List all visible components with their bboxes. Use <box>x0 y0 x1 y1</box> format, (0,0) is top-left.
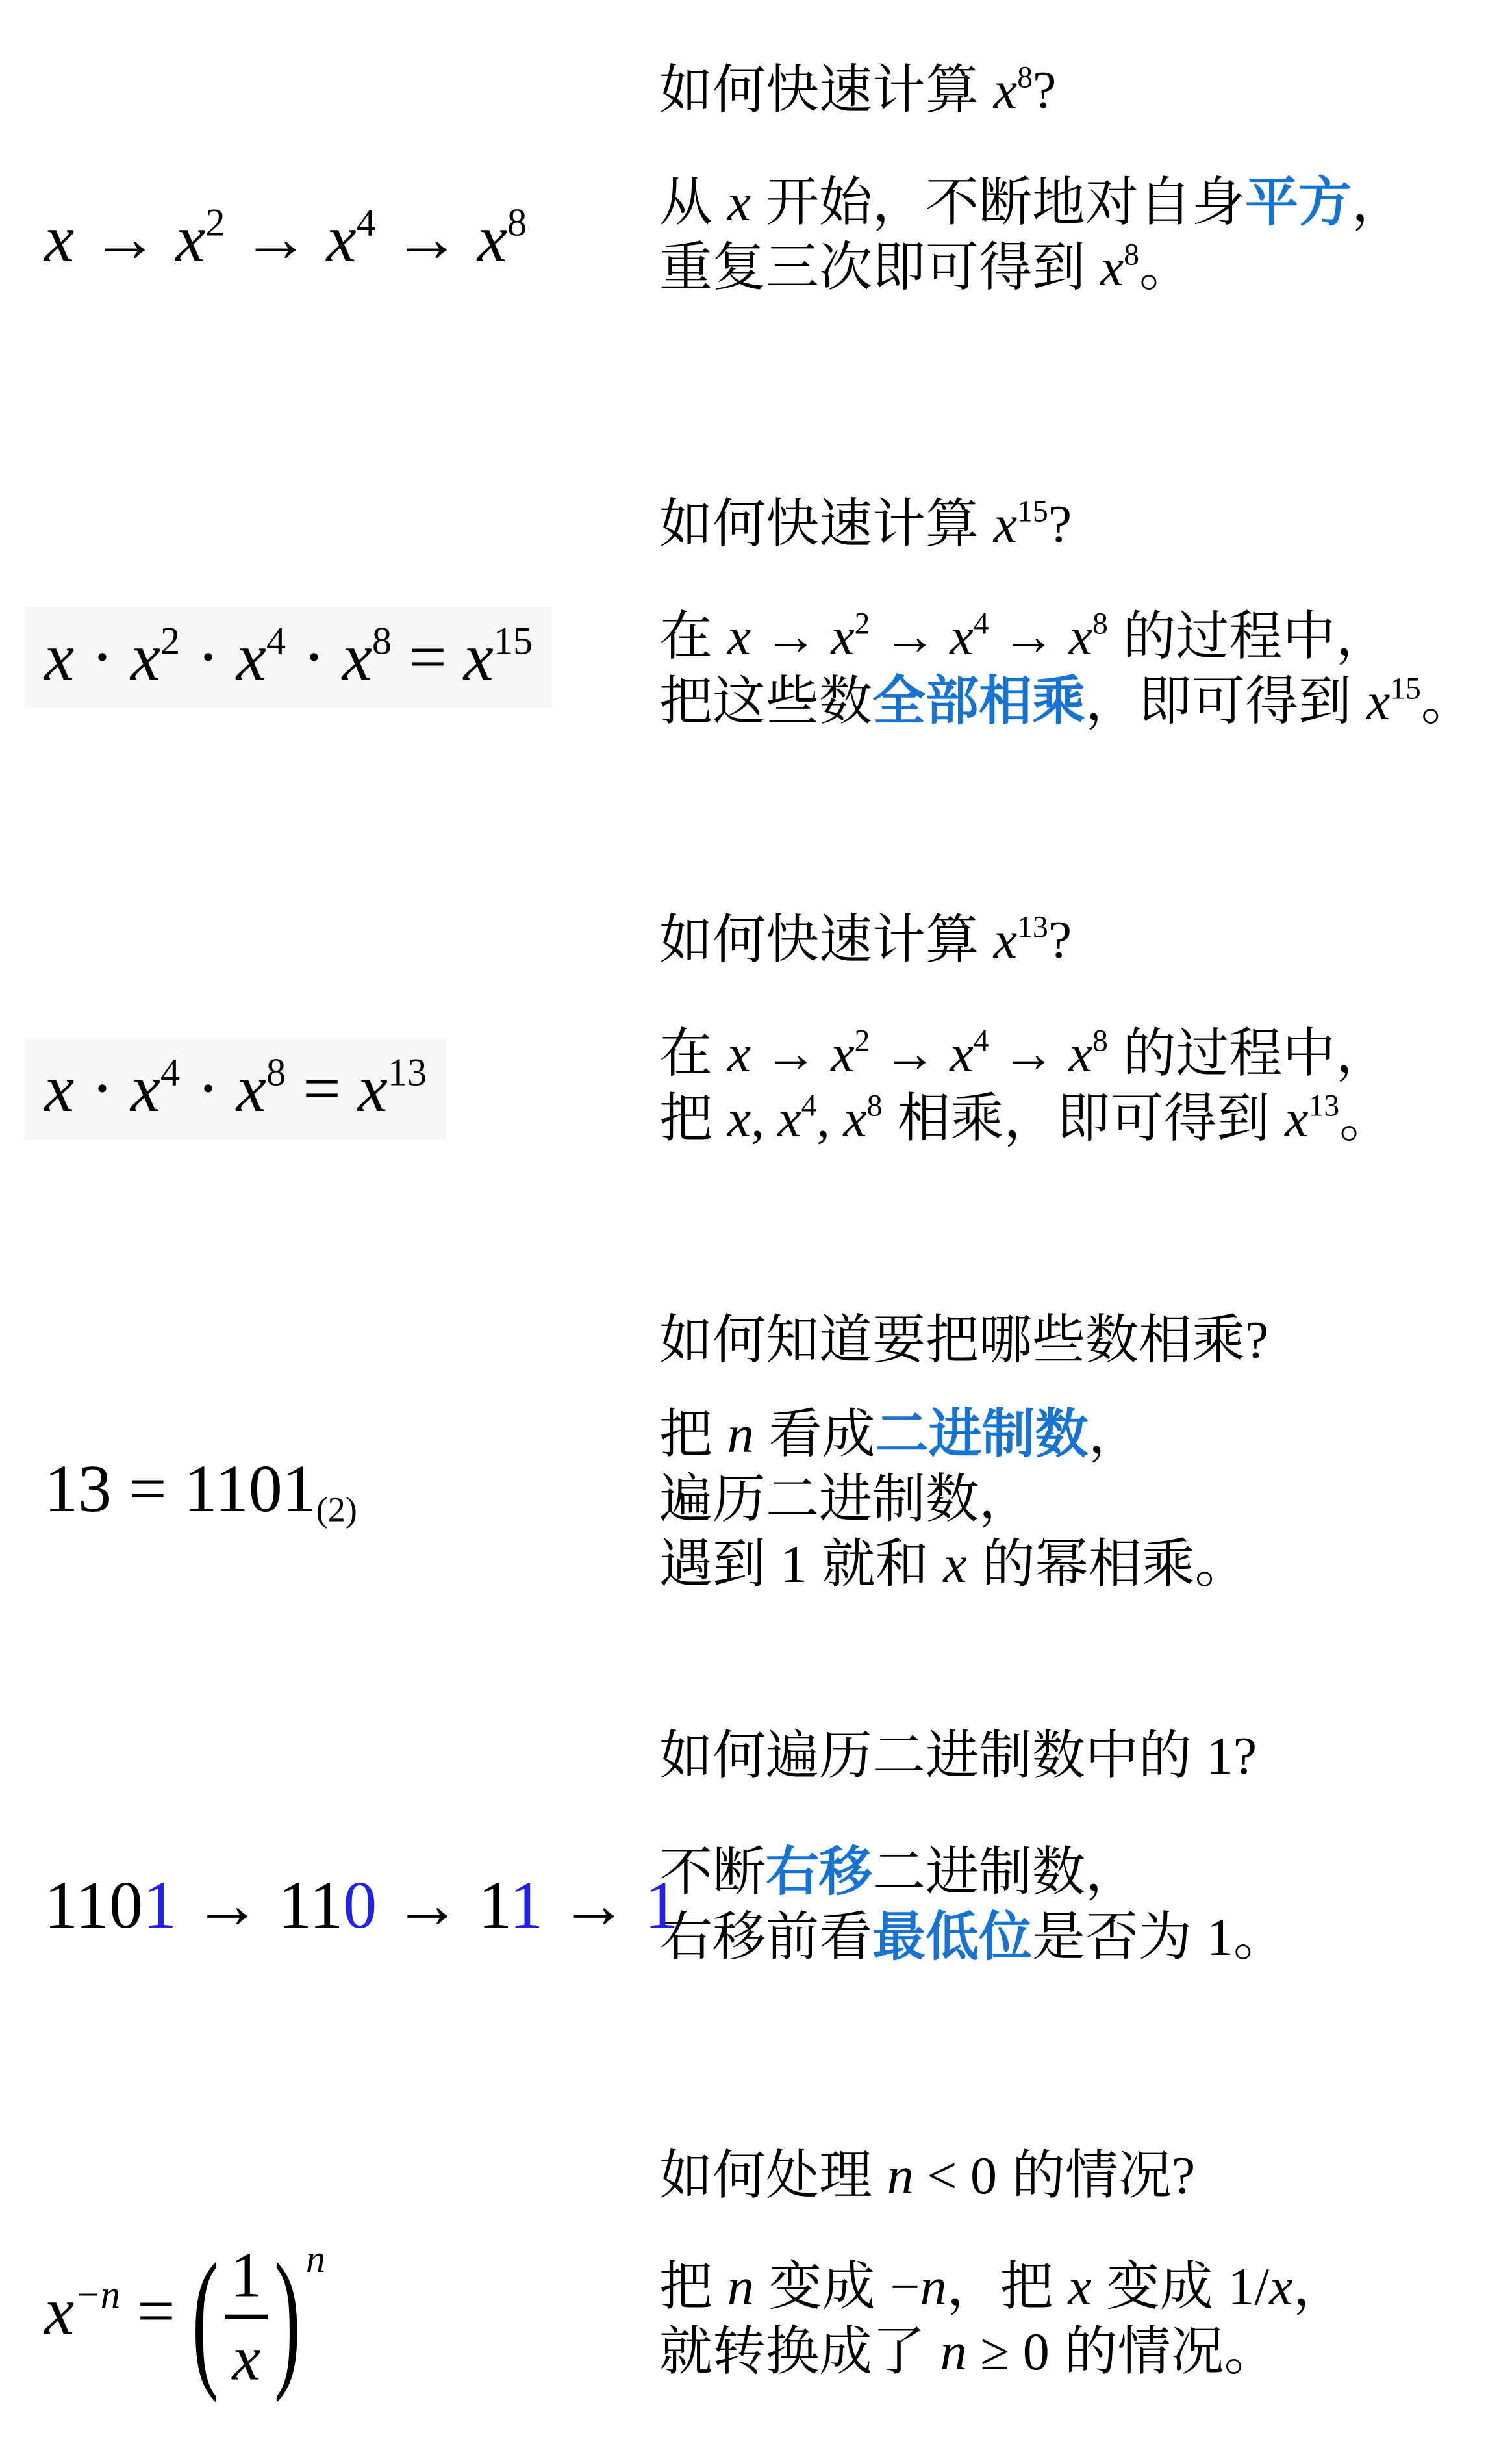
superscript: 13 <box>388 1051 427 1094</box>
math-variable: x <box>831 1024 854 1083</box>
math-variable: x <box>131 620 160 694</box>
math-variable: x <box>236 620 266 694</box>
math-symbol: → <box>751 607 831 666</box>
highlighted-keyword: 二进制数 <box>876 1405 1089 1464</box>
math-variable: x <box>44 201 74 276</box>
superscript: 4 <box>266 619 286 663</box>
superscript: 15 <box>494 619 533 663</box>
text-run: 的过程中， <box>1108 607 1389 666</box>
math-symbol: ? <box>1033 60 1056 120</box>
superscript: 8 <box>507 201 527 244</box>
math-variable: x <box>1285 1089 1308 1148</box>
math-symbol: → <box>74 201 175 276</box>
answer-line: 在 x → x2 → x4 → x8 的过程中， <box>659 604 1474 669</box>
math-symbol: → <box>177 1868 278 1943</box>
highlighted-keyword: 右移 <box>766 1842 872 1902</box>
math-variable: x <box>727 1089 751 1148</box>
math-variable: x <box>1068 2257 1091 2316</box>
math-symbol: = <box>286 1051 358 1126</box>
math-symbol: 1/ <box>1228 2257 1269 2316</box>
fraction-body: 1x <box>225 2241 268 2395</box>
superscript: 13 <box>1309 1089 1340 1123</box>
text-run: 在 <box>659 607 727 666</box>
math-symbol: · <box>180 1051 236 1126</box>
math-symbol: → <box>989 607 1069 666</box>
formula-binary-representation: 13 = 1101(2) <box>44 1450 357 1528</box>
math-variable: x <box>358 1051 388 1126</box>
text-run: 是否为 <box>1032 1907 1207 1967</box>
answer-binary-representation: 把 n 看成二进制数，遍历二进制数，遇到 1 就和 x 的幂相乘。 <box>659 1402 1248 1597</box>
math-symbol: ? <box>1048 494 1072 554</box>
question-right-shift: 如何遍历二进制数中的 1? <box>659 1723 1257 1790</box>
exponent: n <box>306 2237 325 2282</box>
math-variable: x <box>464 620 494 694</box>
blue-digit: 1 <box>644 1868 678 1943</box>
math-symbol: → <box>751 1024 831 1083</box>
formula-multiply-all-x15: x · x2 · x4 · x8 = x15 <box>25 607 552 708</box>
math-symbol: , <box>816 1089 843 1148</box>
text-run: 变成 <box>1092 2257 1228 2316</box>
math-symbol: 1? <box>1207 1726 1257 1785</box>
math-variable: x <box>1069 607 1092 666</box>
superscript: 8 <box>1092 1025 1108 1058</box>
math-symbol: · <box>286 620 342 694</box>
math-variable: x <box>44 1051 74 1126</box>
superscript: 15 <box>1390 672 1421 706</box>
math-symbol: ? <box>1172 2146 1195 2205</box>
answer-line: 遇到 1 就和 x 的幂相乘。 <box>659 1532 1248 1597</box>
text-run: ， <box>1089 1405 1142 1464</box>
math-symbol: → <box>989 1024 1069 1083</box>
text-run: 的幂相乘。 <box>967 1535 1248 1594</box>
question-binary-representation: 如何知道要把哪些数相乘? <box>659 1307 1268 1374</box>
math-symbol: ≥ 0 <box>967 2322 1050 2381</box>
text-run: 如何快速计算 <box>659 494 994 554</box>
blue-digit: 0 <box>343 1868 377 1943</box>
math-symbol: ? <box>1245 1310 1268 1370</box>
text-run: 的情况 <box>997 2146 1172 2205</box>
answer-line: 重复三次即可得到 x8。 <box>659 235 1405 300</box>
answer-multiply-all-x15: 在 x → x2 → x4 → x8 的过程中，把这些数全部相乘，即可得到 x1… <box>659 604 1474 734</box>
text-run: ，即可得到 <box>1085 672 1367 731</box>
text-run: 右移前看 <box>659 1907 872 1967</box>
text-run: 把 <box>659 2257 727 2316</box>
math-symbol: → <box>543 1868 644 1943</box>
text-run: 遍历二进制数， <box>659 1470 1032 1529</box>
superscript: 8 <box>372 619 392 663</box>
math-symbol: → <box>870 1024 950 1083</box>
text-run: 二进制数， <box>872 1842 1139 1902</box>
text-run: 如何处理 <box>659 2146 887 2205</box>
math-symbol: 13 = 1101 <box>44 1451 316 1526</box>
math-variable: x <box>44 620 74 694</box>
text-run: 在 <box>659 1024 727 1083</box>
math-variable: x <box>1269 2257 1292 2316</box>
superscript: 8 <box>867 1089 883 1123</box>
math-symbol: = <box>392 620 464 694</box>
math-variable: x <box>727 173 751 232</box>
math-symbol: → <box>225 201 327 276</box>
denominator: x <box>227 2319 266 2395</box>
math-variable: x <box>131 1051 160 1126</box>
math-variable: x <box>943 1535 966 1594</box>
question-negative-exponent: 如何处理 n < 0 的情况? <box>659 2143 1195 2210</box>
answer-line: 右移前看最低位是否为 1。 <box>659 1905 1287 1970</box>
math-variable: x <box>950 1024 973 1083</box>
superscript: −n <box>74 2273 120 2317</box>
math-symbol: 110 <box>44 1868 143 1943</box>
highlighted-keyword: 平方 <box>1245 173 1352 232</box>
math-variable: x <box>1367 672 1390 731</box>
superscript: 8 <box>266 1051 286 1094</box>
text-run: 。 <box>1421 672 1474 731</box>
answer-line: 把 x, x4, x8 相乘，即可得到 x13。 <box>659 1086 1392 1151</box>
math-variable: n <box>727 2257 754 2316</box>
superscript: 15 <box>1017 495 1048 529</box>
math-variable: x <box>477 201 507 276</box>
math-variable: x <box>994 494 1017 554</box>
answer-square-to-x8: 从 x 开始，不断地对自身平方，重复三次即可得到 x8。 <box>659 170 1405 300</box>
text-run: ， <box>1293 2257 1346 2316</box>
text-run: 如何快速计算 <box>659 910 994 969</box>
superscript: 4 <box>357 201 376 244</box>
subscript: (2) <box>316 1490 357 1529</box>
text-run: 如何快速计算 <box>659 60 994 120</box>
question-pick-terms-x13: 如何快速计算 x13? <box>659 907 1072 974</box>
fraction: (1x)n <box>192 2241 325 2395</box>
superscript: 4 <box>801 1089 817 1123</box>
answer-line: 遍历二进制数， <box>659 1467 1248 1532</box>
formula-right-shift: 1101 → 110 → 11 → 1 <box>44 1867 678 1944</box>
math-variable: x <box>994 910 1017 969</box>
text-run: 。 <box>1139 238 1192 297</box>
math-variable: x <box>843 1089 866 1148</box>
answer-line: 把 n 看成二进制数， <box>659 1402 1248 1467</box>
math-symbol: , <box>751 1089 777 1148</box>
math-variable: x <box>727 1024 751 1083</box>
superscript: 8 <box>1092 607 1108 641</box>
answer-negative-exponent: 把 n 变成 −n，把 x 变成 1/x，就转换成了 n ≥ 0 的情况。 <box>659 2254 1346 2384</box>
math-symbol: < 0 <box>914 2146 997 2205</box>
superscript: 2 <box>205 201 225 244</box>
text-run: 从 <box>659 173 727 232</box>
text-run: 的情况。 <box>1050 2322 1278 2381</box>
math-symbol: · <box>74 620 131 694</box>
text-run: 把 <box>659 1405 727 1464</box>
math-variable: x <box>44 2274 74 2349</box>
text-run: 把这些数 <box>659 672 872 731</box>
text-run: 就转换成了 <box>659 2322 940 2381</box>
math-symbol: 1 <box>1207 1907 1233 1967</box>
answer-line: 在 x → x2 → x4 → x8 的过程中， <box>659 1021 1392 1086</box>
math-variable: n <box>920 2257 947 2316</box>
text-run: 。 <box>1233 1907 1287 1967</box>
highlighted-keyword: 全部相乘 <box>872 672 1085 731</box>
text-run: 遇到 <box>659 1535 781 1594</box>
superscript: 4 <box>160 1051 180 1094</box>
answer-line: 把这些数全部相乘，即可得到 x15。 <box>659 669 1474 734</box>
math-symbol: → <box>870 607 950 666</box>
math-symbol: 1 <box>478 1868 510 1943</box>
formula-negative-exponent: x−n = (1x)n <box>44 2241 325 2395</box>
text-run: ， <box>1352 173 1405 232</box>
blue-digit: 1 <box>143 1868 177 1943</box>
text-run: 看成 <box>754 1405 876 1464</box>
superscript: 2 <box>855 1025 870 1058</box>
fraction-bar <box>225 2315 268 2319</box>
math-variable: x <box>777 1089 801 1148</box>
text-run: 。 <box>1339 1089 1392 1148</box>
superscript: 2 <box>855 607 870 641</box>
superscript: 4 <box>974 607 989 641</box>
answer-pick-terms-x13: 在 x → x2 → x4 → x8 的过程中，把 x, x4, x8 相乘，即… <box>659 1021 1392 1151</box>
question-multiply-all-x15: 如何快速计算 x15? <box>659 491 1072 558</box>
answer-line: 从 x 开始，不断地对自身平方， <box>659 170 1405 235</box>
formula-square-to-x8: x → x2 → x4 → x8 <box>44 200 527 278</box>
math-variable: x <box>727 607 751 666</box>
math-symbol: ? <box>1048 910 1072 969</box>
math-variable: x <box>1069 1024 1092 1083</box>
text-run: 的过程中， <box>1108 1024 1389 1083</box>
text-run: 重复三次即可得到 <box>659 238 1100 297</box>
math-variable: n <box>940 2322 967 2381</box>
math-symbol: − <box>890 2257 920 2316</box>
blue-digit: 1 <box>510 1868 543 1943</box>
math-variable: x <box>831 607 854 666</box>
superscript: 8 <box>1017 61 1033 95</box>
highlighted-keyword: 最低位 <box>872 1907 1032 1967</box>
math-variable: x <box>950 607 973 666</box>
numerator: 1 <box>225 2241 268 2315</box>
math-variable: n <box>727 1405 754 1464</box>
page: 如何快速计算 x8?从 x 开始，不断地对自身平方，重复三次即可得到 x8。x … <box>0 0 1512 2459</box>
math-symbol: 11 <box>278 1868 343 1943</box>
right-paren: ) <box>274 2240 301 2395</box>
text-run: 把 <box>659 1089 727 1148</box>
answer-line: 把 n 变成 −n，把 x 变成 1/x， <box>659 2254 1346 2319</box>
math-variable: x <box>236 1051 266 1126</box>
text-run: 变成 <box>754 2257 890 2316</box>
math-variable: x <box>175 201 205 276</box>
math-variable: x <box>327 201 357 276</box>
text-run: 如何遍历二进制数中的 <box>659 1726 1207 1785</box>
answer-line: 不断右移二进制数， <box>659 1840 1287 1905</box>
math-symbol: · <box>180 620 236 694</box>
math-variable: n <box>887 2146 914 2205</box>
text-run: 如何知道要把哪些数相乘 <box>659 1310 1245 1370</box>
left-paren: ( <box>192 2240 219 2395</box>
math-symbol: → <box>376 201 477 276</box>
math-variable: x <box>342 620 372 694</box>
superscript: 8 <box>1124 238 1139 272</box>
math-variable: x <box>994 60 1017 120</box>
superscript: 13 <box>1017 911 1048 945</box>
math-symbol: 1 <box>781 1535 807 1594</box>
answer-right-shift: 不断右移二进制数，右移前看最低位是否为 1。 <box>659 1840 1287 1970</box>
superscript: 2 <box>160 619 180 663</box>
math-symbol: → <box>377 1868 478 1943</box>
text-run: 开始，不断地对自身 <box>751 173 1245 232</box>
formula-pick-terms-x13: x · x4 · x8 = x13 <box>25 1038 446 1140</box>
superscript: 4 <box>974 1025 989 1058</box>
answer-line: 就转换成了 n ≥ 0 的情况。 <box>659 2319 1346 2384</box>
text-run: 就和 <box>807 1535 944 1594</box>
question-square-to-x8: 如何快速计算 x8? <box>659 57 1056 124</box>
math-symbol: = <box>120 2274 192 2349</box>
math-symbol: · <box>74 1051 131 1126</box>
text-run: ，把 <box>947 2257 1068 2316</box>
text-run: 相乘，即可得到 <box>883 1089 1285 1148</box>
math-variable: x <box>1100 238 1124 297</box>
